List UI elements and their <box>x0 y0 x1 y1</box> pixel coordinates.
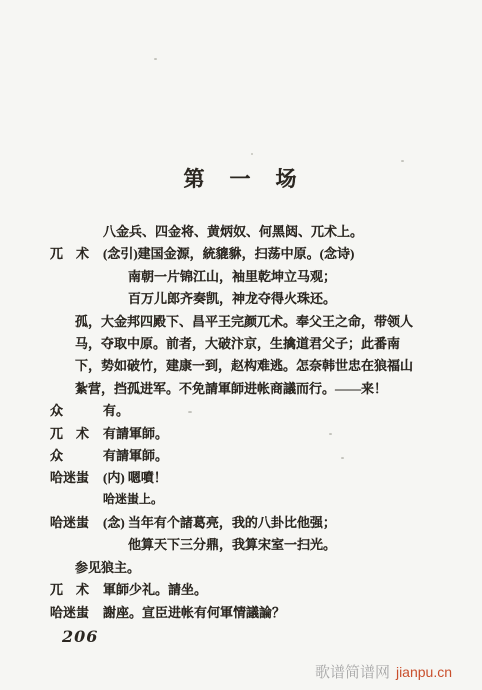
dialogue-line: 兀 术軍師少礼。請坐。 <box>50 579 442 601</box>
speaker-name: 众 <box>50 445 63 464</box>
monologue-line: 马，夺取中原。前者，大破汴京，生擒道君父子；此番南 <box>50 333 442 355</box>
line-text: 軍師少礼。請坐。 <box>103 579 207 598</box>
monologue-line: 下，势如破竹，建康一到，赵构难逃。怎奈韩世忠在狼福山 <box>50 355 442 377</box>
scanned-book-page: 第 一 场 八金兵、四金将、黄炳奴、何黑闼、兀术上。兀 术(念引)建国金源，統貔… <box>0 0 482 690</box>
line-text: 孤，大金邦四殿下、昌平王完颜兀术。奉父王之命，带领人 <box>75 311 413 330</box>
speaker-name: 兀 术 <box>50 243 89 262</box>
speaker-name: 哈迷蚩 <box>50 512 89 531</box>
stage-direction-cast: 八金兵、四金将、黄炳奴、何黑闼、兀术上。 <box>50 221 442 243</box>
line-text: 哈迷蚩上。 <box>103 490 163 507</box>
page-number: 206 <box>62 627 98 646</box>
dialogue-line: 兀 术有請軍師。 <box>50 423 442 445</box>
verse-line: 百万儿郎齐奏凯，神龙夺得火珠还。 <box>50 288 442 310</box>
line-text: 南朝一片锦江山，袖里乾坤立马观； <box>128 266 336 285</box>
scan-speck <box>329 433 332 435</box>
watermark: 歌谱简谱网jianpu.cn <box>315 661 452 682</box>
speaker-name: 兀 术 <box>50 579 89 598</box>
line-text: 謝座。宣臣进帐有何軍情議論？ <box>103 602 285 621</box>
line-text: 紮营，挡孤进军。不免請軍師进帐商議而行。——来！ <box>75 378 387 397</box>
scan-speck <box>401 160 404 162</box>
stage-direction: 哈迷蚩上。 <box>50 490 442 512</box>
line-text: 有。 <box>103 400 129 419</box>
speaker-name: 哈迷蚩 <box>50 467 89 486</box>
dialogue-line: 哈迷蚩(念) 当年有个諸葛亮，我的八卦比他强； <box>50 512 442 534</box>
monologue-line: 紮营，挡孤进军。不免請軍師进帐商議而行。——来！ <box>50 378 442 400</box>
line-text: (内) 嗯噴！ <box>103 467 167 486</box>
line-text: 他算天下三分鼎，我算宋室一扫光。 <box>128 534 336 553</box>
line-text: 参见狼主。 <box>75 557 140 576</box>
dialogue-line: 众有。 <box>50 400 442 422</box>
scan-speck <box>341 457 344 459</box>
line-text: 下，势如破竹，建康一到，赵构难逃。怎奈韩世忠在狼福山 <box>75 355 413 374</box>
script-body: 八金兵、四金将、黄炳奴、何黑闼、兀术上。兀 术(念引)建国金源，統貔貅，扫荡中原… <box>50 221 442 624</box>
dialogue-line: 众有請軍師。 <box>50 445 442 467</box>
speaker-name: 兀 术 <box>50 423 89 442</box>
scan-speck <box>251 153 253 155</box>
line-text: 八金兵、四金将、黄炳奴、何黑闼、兀术上。 <box>103 221 363 240</box>
watermark-site-name: 歌谱简谱网 <box>315 665 390 681</box>
line-text: 有請軍師。 <box>103 445 168 464</box>
line-text: 马，夺取中原。前者，大破汴京，生擒道君父子；此番南 <box>75 333 400 352</box>
monologue-line: 孤，大金邦四殿下、昌平王完颜兀术。奉父王之命，带领人 <box>50 311 442 333</box>
line-text: (念引)建国金源，統貔貅，扫荡中原。(念诗) <box>103 243 354 262</box>
speaker-name: 哈迷蚩 <box>50 602 89 621</box>
verse-line: 他算天下三分鼎，我算宋室一扫光。 <box>50 534 442 556</box>
speaker-name: 众 <box>50 400 63 419</box>
scan-speck <box>188 411 192 413</box>
scan-speck <box>154 58 157 60</box>
line-text: 百万儿郎齐奏凯，神龙夺得火珠还。 <box>128 288 336 307</box>
dialogue-line: 兀 术(念引)建国金源，統貔貅，扫荡中原。(念诗) <box>50 243 442 265</box>
scene-title: 第 一 场 <box>0 163 482 193</box>
line-text: 有請軍師。 <box>103 423 168 442</box>
watermark-site-url: jianpu.cn <box>396 664 452 680</box>
dialogue-line: 哈迷蚩(内) 嗯噴！ <box>50 467 442 489</box>
verse-line: 南朝一片锦江山，袖里乾坤立马观； <box>50 266 442 288</box>
dialogue-line: 参见狼主。 <box>50 557 442 579</box>
dialogue-line: 哈迷蚩謝座。宣臣进帐有何軍情議論？ <box>50 602 442 624</box>
line-text: (念) 当年有个諸葛亮，我的八卦比他强； <box>103 512 336 531</box>
